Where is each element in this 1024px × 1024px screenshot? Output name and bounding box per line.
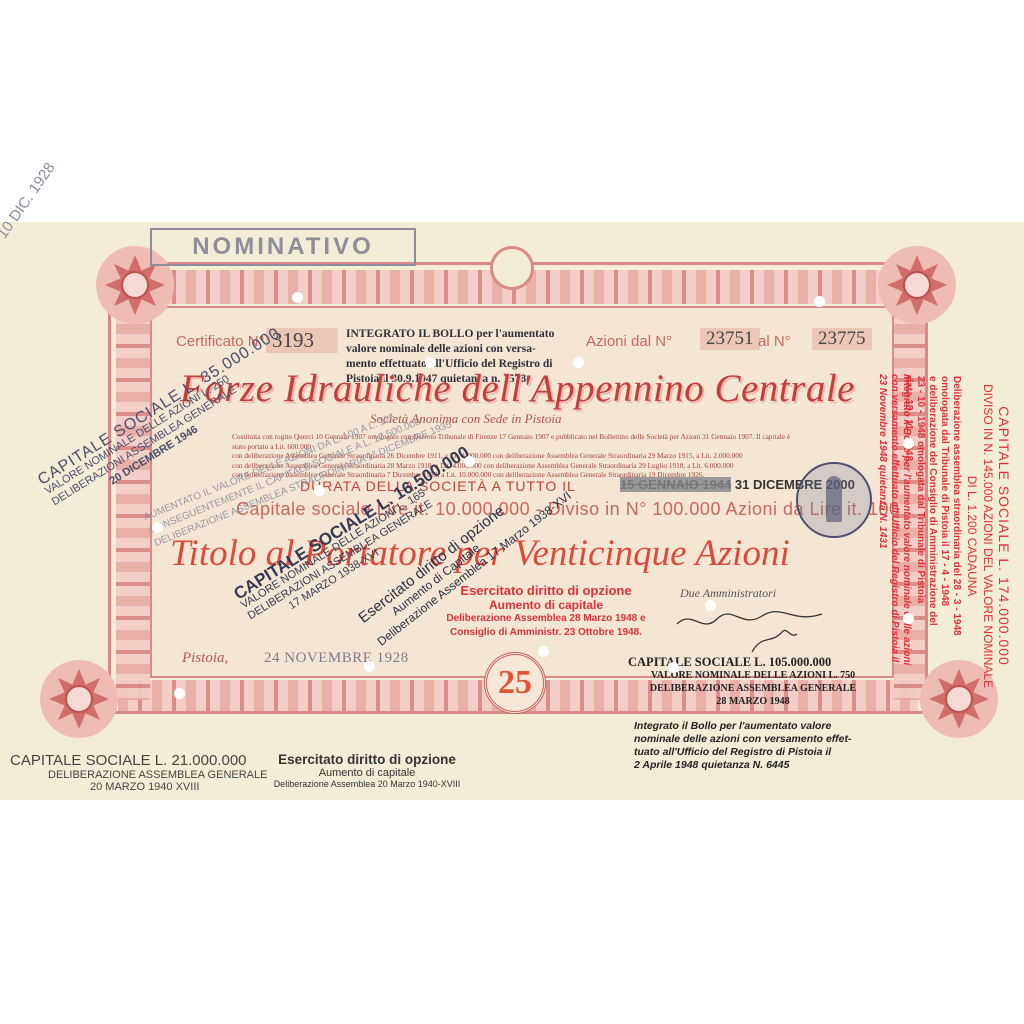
corner-star-ornament xyxy=(878,246,956,324)
punch-hole xyxy=(903,438,914,449)
punch-hole xyxy=(573,357,584,368)
punch-hole xyxy=(705,600,716,611)
share-count-badge: 25 xyxy=(484,652,546,714)
punch-hole xyxy=(668,662,679,673)
place: Pistoia, xyxy=(182,650,228,667)
nominativo-stamp: NOMINATIVO xyxy=(150,228,416,266)
shares-from-label: Azioni dal N° xyxy=(586,333,672,350)
stamp-capitale-174m: CAPITALE SOCIALE L. 174.000.000 DIVISO I… xyxy=(964,384,1012,688)
signature xyxy=(672,604,832,654)
shares-to-label: al N° xyxy=(758,333,791,350)
punch-hole xyxy=(364,661,375,672)
stamp-opzione-1940: Esercitato diritto di opzione Aumento di… xyxy=(272,752,462,789)
stamp-capitale-21m: CAPITALE SOCIALE L. 21.000.000 DELIBERAZ… xyxy=(10,752,267,793)
issue-date: 24 NOVEMBRE 1928 xyxy=(264,650,409,667)
punch-hole xyxy=(292,292,303,303)
revenue-seal xyxy=(796,462,872,538)
signatories-label: Due Amministratori xyxy=(680,586,776,601)
punch-hole xyxy=(903,613,914,624)
punch-hole xyxy=(538,646,549,657)
stamp-integrato-1948: Integrato il Bollo per l'aumentato valor… xyxy=(634,720,874,772)
punch-hole xyxy=(314,485,325,496)
stamp-opzione-1948: Esercitato diritto di opzione Aumento di… xyxy=(446,584,646,640)
corner-star-ornament xyxy=(40,660,118,738)
shares-from-number: 23751 xyxy=(700,328,760,350)
shares-to-number: 23775 xyxy=(812,328,872,350)
figure-icon xyxy=(826,476,842,522)
stamp-capitale-105m: CAPITALE SOCIALE L. 105.000.000 VALORE N… xyxy=(628,656,878,708)
durata-struck: 15 GENNAIO 1944 xyxy=(620,477,731,492)
punch-hole xyxy=(464,456,475,467)
punch-hole xyxy=(814,296,825,307)
punch-hole xyxy=(425,357,436,368)
punch-hole xyxy=(152,522,163,533)
top-ornament-ring xyxy=(490,246,534,290)
punch-hole xyxy=(174,688,185,699)
